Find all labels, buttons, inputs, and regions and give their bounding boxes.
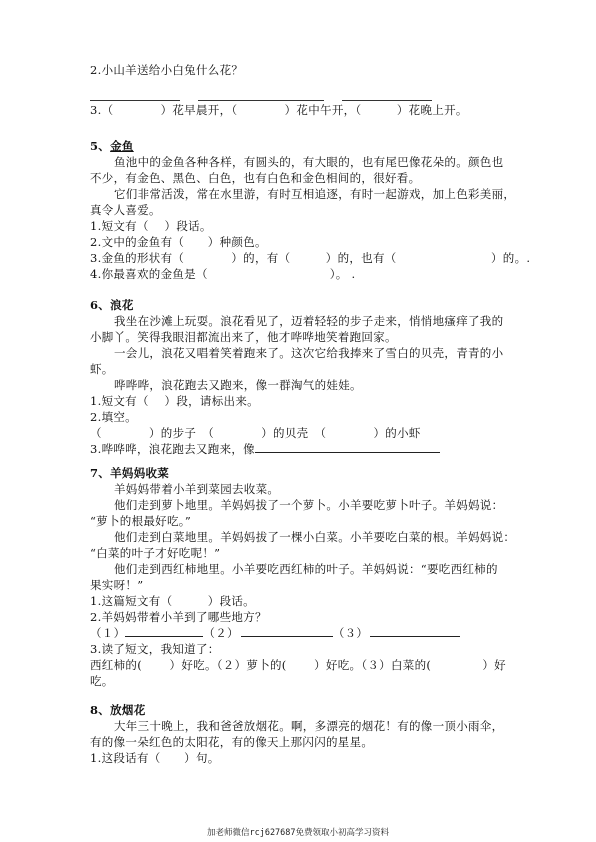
places-answer-row: （１）（２）（３） — [90, 625, 460, 641]
section-number: 6、 — [90, 298, 110, 312]
question: 2.文中的金鱼有（ ）种颜色。 — [90, 234, 267, 250]
item-label: （１） — [90, 626, 125, 640]
paragraph-line: 我坐在沙滩上玩耍。浪花看见了，迈着轻轻的步子走来，悄悄地瘙痒了我的 — [114, 313, 503, 329]
answer-line — [241, 625, 333, 637]
question: 1.这段话有（ ）句。 — [90, 750, 220, 766]
question: 3.哗哗哗，浪花跑去又跑来，像 — [90, 441, 440, 457]
answer-line — [255, 441, 440, 453]
question: 1.短文有（ ）段话。 — [90, 218, 212, 234]
section-title: 羊妈妈收菜 — [110, 466, 169, 480]
section-title: 浪花 — [110, 298, 134, 312]
section-title: 放烟花 — [110, 703, 145, 717]
question: 1.这篇短文有（ ）段话。 — [90, 593, 255, 609]
section-number: 8、 — [90, 703, 110, 717]
paragraph-line: 有的像一朵红色的太阳花，有的像天上那闪闪的星星。 — [90, 734, 373, 750]
question: 2.填空。 — [90, 409, 137, 425]
answer-line — [198, 100, 324, 101]
paragraph-line: 他们走到萝卜地里。羊妈妈拔了一个萝卜。小羊要吃萝卜叶子。羊妈妈说： — [114, 497, 503, 513]
fill-in-blanks: （ ）的步子 （ ）的贝壳 （ ）的小虾 — [90, 425, 421, 441]
answer-line — [370, 625, 460, 637]
paragraph-line: 大年三十晚上，我和爸爸放烟花。啊，多漂亮的烟花！有的像一顶小雨伞， — [114, 718, 503, 734]
question-2-prev: 2.小山羊送给小白兔什么花？ — [90, 62, 243, 78]
question: 4.你最喜欢的金鱼是（ ）。 . — [90, 266, 356, 282]
section-8-heading: 8、放烟花 — [90, 702, 146, 718]
footer-note: 加老师微信rcj627687免费领取小初高学习资料 — [0, 826, 596, 838]
section-number: 5、 — [90, 139, 110, 153]
section-title: 金鱼 — [110, 139, 134, 153]
answer-line — [125, 625, 203, 637]
paragraph-line: 真令人喜爱。 — [90, 202, 161, 218]
paragraph-line: 小脚丫。笑得我眼泪都流出来了，他才哗哗地笑着跑回家。 — [90, 329, 397, 345]
paragraph-line: 鱼池中的金鱼各种各样，有圆头的，有大眼的，也有尾巴像花朵的。颜色也 — [114, 154, 503, 170]
paragraph-line: “白菜的叶子才好吃呢！” — [90, 545, 220, 561]
worksheet-page: 2.小山羊送给小白兔什么花？ 3.（ ）花早晨开，（ ）花中午开，（ ）花晚上开… — [0, 0, 596, 842]
fill-in-blanks-cont: 吃。 — [90, 673, 114, 689]
paragraph-line: 他们走到西红柿地里。小羊要吃西红柿的叶子。羊妈妈说：“要吃西红柿的 — [114, 561, 498, 577]
section-number: 7、 — [90, 466, 110, 480]
question-text: 3.哗哗哗，浪花跑去又跑来，像 — [90, 442, 255, 456]
item-label: （２） — [203, 626, 238, 640]
paragraph-line: 它们非常活泼，常在水里游，有时互相追逐，有时一起游戏，加上色彩美丽， — [114, 186, 515, 202]
section-6-heading: 6、浪花 — [90, 297, 134, 313]
question: 3.读了短文，我知道了： — [90, 641, 220, 657]
paragraph-line: 果实呀！” — [90, 577, 143, 593]
question: 2.羊妈妈带着小羊到了哪些地方？ — [90, 609, 267, 625]
paragraph-line: 哗哗哗，浪花跑去又跑来，像一群淘气的娃娃。 — [114, 377, 362, 393]
paragraph-line: “萝卜的根最好吃。” — [90, 513, 191, 529]
paragraph-line: 他们走到白菜地里。羊妈妈拔了一棵小白菜。小羊要吃白菜的根。羊妈妈说： — [114, 529, 515, 545]
fill-in-blanks: 西红柿的( ）好吃。（２）萝卜的( ）好吃。（３）白菜的( ）好 — [90, 657, 506, 673]
question: 1.短文有（ ）段，请标出来。 — [90, 393, 259, 409]
paragraph-line: 不少，有金色、黑色、白色，也有白色和金色相间的，很好看。 — [90, 170, 420, 186]
paragraph-line: 一会儿，浪花又唱着笑着跑来了。这次它给我捧来了雪白的贝壳，青青的小 — [114, 345, 503, 361]
question: 3.金鱼的形状有（ ）的，有（ ）的，也有（ ）的。. — [90, 250, 530, 266]
section-5-heading: 5、金鱼 — [90, 138, 134, 154]
item-label: （３） — [333, 626, 368, 640]
paragraph-line: 虾。 — [90, 361, 114, 377]
answer-line — [90, 100, 180, 101]
question-3-prev: 3.（ ）花早晨开，（ ）花中午开，（ ）花晚上开。 — [90, 102, 468, 118]
paragraph-line: 羊妈妈带着小羊到菜园去收菜。 — [114, 481, 279, 497]
answer-line — [342, 100, 432, 101]
section-7-heading: 7、羊妈妈收菜 — [90, 465, 169, 481]
